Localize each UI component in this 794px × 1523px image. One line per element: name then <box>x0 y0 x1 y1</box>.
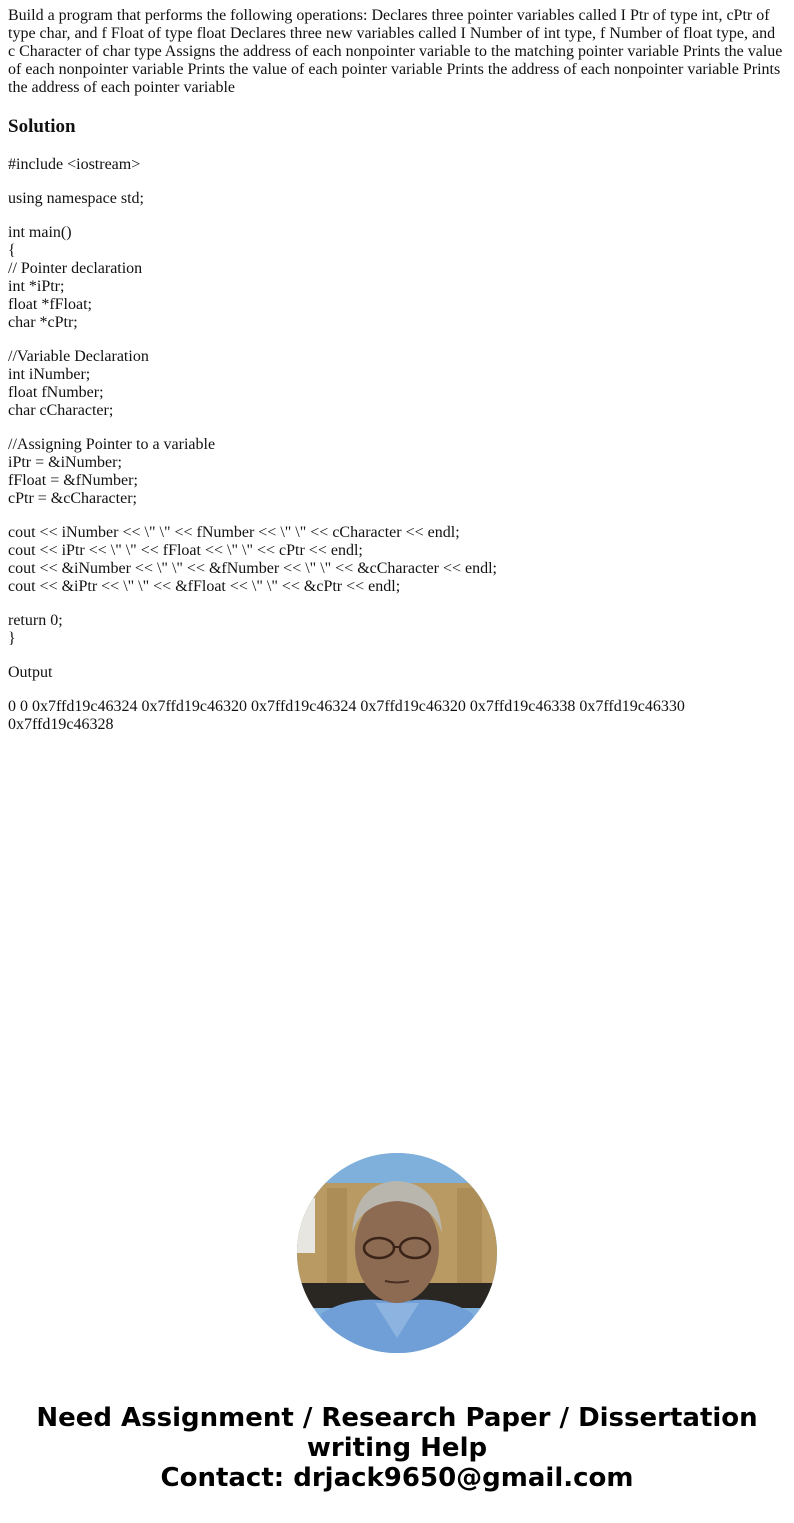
output-label: Output <box>8 664 786 682</box>
output-text: 0 0 0x7ffd19c46324 0x7ffd19c46320 0x7ffd… <box>8 698 786 734</box>
code-paragraph: return 0;} <box>8 612 786 648</box>
code-line: int main() <box>8 224 786 242</box>
banner-line-1: Need Assignment / Research Paper / Disse… <box>0 1403 794 1433</box>
code-line: float *fFloat; <box>8 296 786 314</box>
code-line: cPtr = &cCharacter; <box>8 490 786 508</box>
contact-banner: Need Assignment / Research Paper / Disse… <box>0 1403 794 1493</box>
code-line: cout << &iNumber << \" \" << &fNumber <<… <box>8 560 786 578</box>
code-line: int *iPtr; <box>8 278 786 296</box>
code-line: } <box>8 630 786 648</box>
code-line: { <box>8 242 786 260</box>
banner-contact-email: Contact: drjack9650@gmail.com <box>0 1463 794 1493</box>
code-line: cout << iNumber << \" \" << fNumber << \… <box>8 524 786 542</box>
code-line: float fNumber; <box>8 384 786 402</box>
author-avatar <box>297 1153 497 1353</box>
code-line: char *cPtr; <box>8 314 786 332</box>
code-line: int iNumber; <box>8 366 786 384</box>
code-paragraph: //Assigning Pointer to a variableiPtr = … <box>8 436 786 508</box>
code-paragraph: #include <iostream> <box>8 156 786 174</box>
code-line: iPtr = &iNumber; <box>8 454 786 472</box>
code-line: return 0; <box>8 612 786 630</box>
solution-heading: Solution <box>8 116 786 138</box>
code-line: //Variable Declaration <box>8 348 786 366</box>
document-body: Build a program that performs the follow… <box>8 7 786 734</box>
code-paragraph: //Variable Declarationint iNumber;float … <box>8 348 786 420</box>
code-line: //Assigning Pointer to a variable <box>8 436 786 454</box>
code-line: cout << &iPtr << \" \" << &fFloat << \" … <box>8 578 786 596</box>
code-line: #include <iostream> <box>8 156 786 174</box>
code-line: fFloat = &fNumber; <box>8 472 786 490</box>
code-paragraph: int main(){// Pointer declarationint *iP… <box>8 224 786 332</box>
code-line: // Pointer declaration <box>8 260 786 278</box>
author-photo-icon <box>297 1153 497 1353</box>
solution-code: #include <iostream>using namespace std;i… <box>8 156 786 648</box>
code-line: using namespace std; <box>8 190 786 208</box>
code-line: cout << iPtr << \" \" << fFloat << \" \"… <box>8 542 786 560</box>
banner-line-2: writing Help <box>0 1433 794 1463</box>
question-text: Build a program that performs the follow… <box>8 7 786 97</box>
code-paragraph: cout << iNumber << \" \" << fNumber << \… <box>8 524 786 596</box>
code-line: char cCharacter; <box>8 402 786 420</box>
code-paragraph: using namespace std; <box>8 190 786 208</box>
